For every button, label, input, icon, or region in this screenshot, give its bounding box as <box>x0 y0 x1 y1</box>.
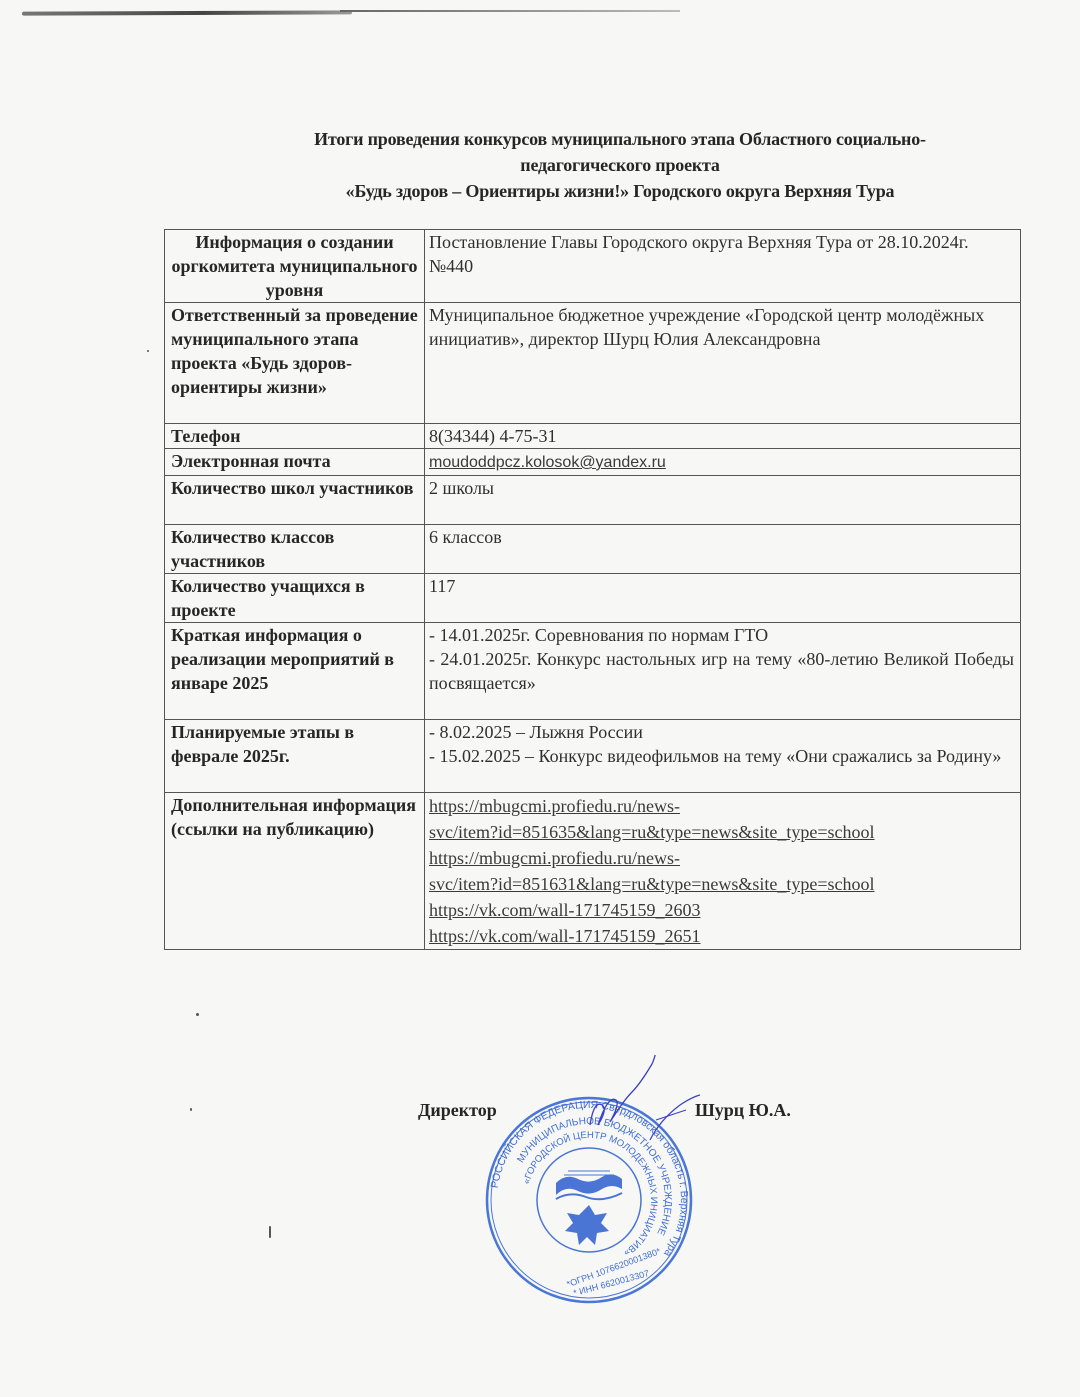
table-row-classes: Количество классов участников 6 классов <box>165 525 1021 574</box>
info-table: Информация о создании оргкомитета муници… <box>164 229 1021 950</box>
row-label: Электронная почта <box>165 449 425 476</box>
scan-speck <box>190 1108 192 1111</box>
publication-link-1-part-1[interactable]: https://mbugcmi.profiedu.ru/news- <box>429 793 1014 819</box>
row-label: Информация о создании оргкомитета муници… <box>165 230 425 303</box>
plan-item: - 8.02.2025 – Лыжня России <box>429 720 1014 744</box>
phone-value: 8(34344) 4-75-31 <box>425 424 1021 449</box>
table-row-students: Количество учащихся в проекте 117 <box>165 574 1021 623</box>
publication-link-1-part-2[interactable]: svc/item?id=851635&lang=ru&type=news&sit… <box>429 819 1014 845</box>
row-label: Краткая информация о реализации мероприя… <box>165 623 425 720</box>
publication-link-3[interactable]: https://vk.com/wall-171745159_2603 <box>429 897 1014 923</box>
row-label: Телефон <box>165 424 425 449</box>
event-item: - 14.01.2025г. Соревнования по нормам ГТ… <box>429 623 1014 647</box>
table-row-february-plans: Планируемые этапы в феврале 2025г. - 8.0… <box>165 720 1021 793</box>
scan-speck <box>196 1013 199 1016</box>
table-row-january-events: Краткая информация о реализации мероприя… <box>165 623 1021 720</box>
email-cell: moudoddpcz.kolosok@yandex.ru <box>425 449 1021 476</box>
document-title: Итоги проведения конкурсов муниципальног… <box>200 126 1040 204</box>
publication-link-4[interactable]: https://vk.com/wall-171745159_2651 <box>429 923 1014 949</box>
row-value: 117 <box>425 574 1021 623</box>
publication-link-2-part-2[interactable]: svc/item?id=851631&lang=ru&type=news&sit… <box>429 871 1014 897</box>
title-line-3: «Будь здоров – Ориентиры жизни!» Городск… <box>200 178 1040 204</box>
table-row-links: Дополнительная информация (ссылки на пуб… <box>165 793 1021 950</box>
row-value: - 8.02.2025 – Лыжня России - 15.02.2025 … <box>425 720 1021 793</box>
publication-link-2-part-1[interactable]: https://mbugcmi.profiedu.ru/news- <box>429 845 1014 871</box>
table-row-phone: Телефон 8(34344) 4-75-31 <box>165 424 1021 449</box>
row-value: Постановление Главы Городского округа Ве… <box>425 230 1021 303</box>
row-value: Муниципальное бюджетное учреждение «Горо… <box>425 303 1021 424</box>
row-label: Планируемые этапы в феврале 2025г. <box>165 720 425 793</box>
row-label: Дополнительная информация (ссылки на пуб… <box>165 793 425 950</box>
handwritten-signature <box>560 1055 720 1165</box>
scan-edge-shadow <box>22 10 352 15</box>
title-line-2: педагогического проекта <box>200 152 1040 178</box>
row-label: Количество школ участников <box>165 476 425 525</box>
scan-edge-shadow-2 <box>340 10 680 12</box>
plan-item: - 15.02.2025 – Конкурс видеофильмов на т… <box>429 744 1014 768</box>
stamp-emblem-icon <box>556 1171 622 1245</box>
scan-speck <box>147 350 149 352</box>
row-value: 2 школы <box>425 476 1021 525</box>
table-row-email: Электронная почта moudoddpcz.kolosok@yan… <box>165 449 1021 476</box>
table-row-schools: Количество школ участников 2 школы <box>165 476 1021 525</box>
table-row-orgcommittee: Информация о создании оргкомитета муници… <box>165 230 1021 303</box>
row-value: 6 классов <box>425 525 1021 574</box>
scan-speck <box>269 1226 271 1238</box>
title-line-1: Итоги проведения конкурсов муниципальног… <box>200 126 1040 152</box>
table-row-responsible: Ответственный за проведение муниципально… <box>165 303 1021 424</box>
row-label: Количество классов участников <box>165 525 425 574</box>
event-item: - 24.01.2025г. Конкурс настольных игр на… <box>429 647 1014 695</box>
row-value: - 14.01.2025г. Соревнования по нормам ГТ… <box>425 623 1021 720</box>
row-label: Количество учащихся в проекте <box>165 574 425 623</box>
email-link[interactable]: moudoddpcz.kolosok@yandex.ru <box>429 454 666 471</box>
row-label: Ответственный за проведение муниципально… <box>165 303 425 424</box>
links-cell: https://mbugcmi.profiedu.ru/news- svc/it… <box>425 793 1021 950</box>
